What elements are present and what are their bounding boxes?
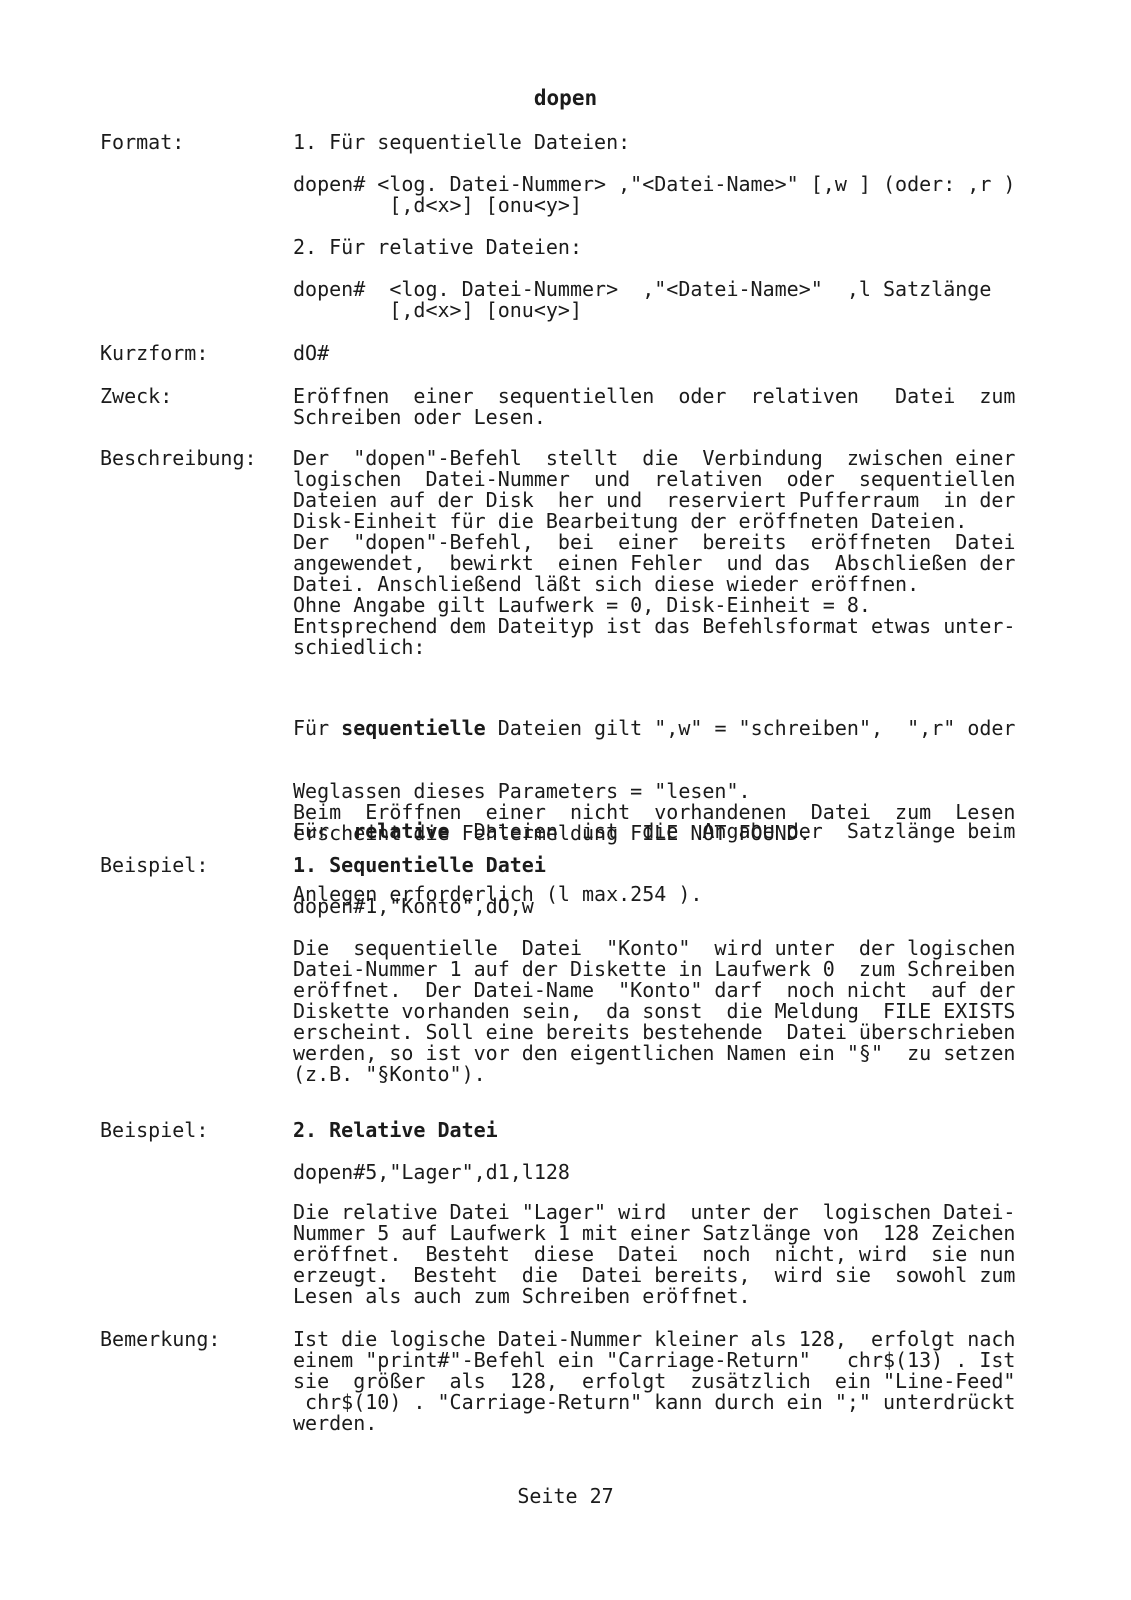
beispiel1-label: Beispiel: bbox=[100, 855, 208, 876]
beispiel2-heading: 2. Relative Datei bbox=[293, 1120, 498, 1141]
manual-page: dopen Format: 1. Für sequentielle Dateie… bbox=[0, 0, 1131, 1600]
beschreibung-label: Beschreibung: bbox=[100, 448, 257, 469]
zweck-label: Zweck: bbox=[100, 386, 172, 407]
beispiel1-text: Die sequentielle Datei "Konto" wird unte… bbox=[293, 938, 1015, 1085]
beispiel2-code: dopen#5,"Lager",d1,l128 bbox=[293, 1162, 570, 1183]
relative-note-bold-word: relative bbox=[353, 819, 449, 843]
sequential-note-line1: Für sequentielle Dateien gilt ",w" = "sc… bbox=[293, 718, 1015, 739]
relative-note-line1: Für relative Dateien ist die Angabe der … bbox=[293, 821, 1015, 842]
beispiel2-text: Die relative Datei "Lager" wird unter de… bbox=[293, 1202, 1015, 1307]
format-label: Format: bbox=[100, 132, 184, 153]
beispiel1-heading: 1. Sequentielle Datei bbox=[293, 855, 546, 876]
beispiel1-code: dopen#1,"Konto",dO,w bbox=[293, 896, 534, 917]
page-number: Seite 27 bbox=[0, 1486, 1131, 1507]
zweck-text: Eröffnen einer sequentiellen oder relati… bbox=[293, 386, 1015, 428]
beispiel2-label: Beispiel: bbox=[100, 1120, 208, 1141]
relative-note-pre: Für bbox=[293, 819, 353, 843]
kurzform-label: Kurzform: bbox=[100, 343, 208, 364]
bemerkung-text: Ist die logische Datei-Nummer kleiner al… bbox=[293, 1329, 1015, 1434]
relative-note-post: Dateien ist die Angabe der Satzlänge bei… bbox=[450, 819, 1016, 843]
format-syntax-block: 1. Für sequentielle Dateien: dopen# <log… bbox=[293, 132, 1015, 321]
sequential-note-post: Dateien gilt ",w" = "schreiben", ",r" od… bbox=[486, 716, 1016, 740]
beschreibung-text: Der "dopen"-Befehl stellt die Verbindung… bbox=[293, 448, 1015, 658]
sequential-note-bold-word: sequentielle bbox=[341, 716, 486, 740]
sequential-note-pre: Für bbox=[293, 716, 341, 740]
page-title: dopen bbox=[0, 88, 1131, 109]
bemerkung-label: Bemerkung: bbox=[100, 1329, 220, 1350]
kurzform-value: dO# bbox=[293, 343, 329, 364]
